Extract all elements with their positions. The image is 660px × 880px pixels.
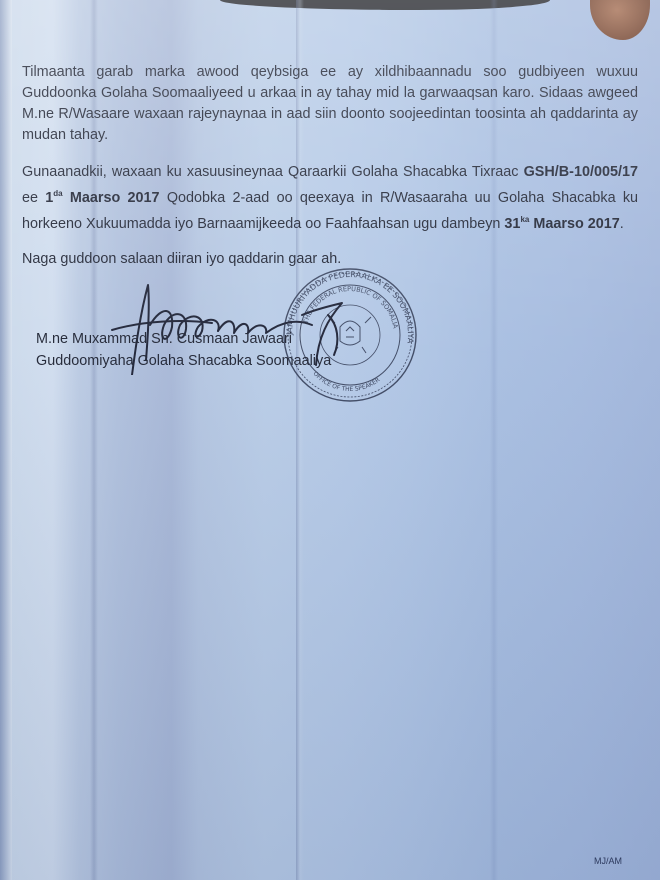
paragraph-recommendation: Tilmaanta garab marka awood qeybsiga ee … [22,62,638,146]
date-deadline: 31ka Maarso 2017 [504,216,619,232]
paragraph-conclusion: Gunaanadkii, waxaan ku xasuusineynaa Qar… [22,162,638,235]
signer-name: M.ne Muxammad Sh. Cusmaan Jawaari [36,331,292,347]
page-left-edge [0,0,12,880]
resolution-reference: GSH/B-10/005/17 [524,164,638,180]
signer-title: Guddoomiyaha Golaha Shacabka Soomaaliya [36,353,331,369]
letter-body: Tilmaanta garab marka awood qeybsiga ee … [22,62,638,395]
date-first: 1da Maarso 2017 [45,190,159,206]
holding-thumb [590,0,650,40]
reference-initials: MJ/AM [594,856,622,866]
binder-edge [220,0,550,10]
signature-block: JAMHUURIYADDA FEDERAALKA EE SOOMAALIYA T… [22,275,638,395]
